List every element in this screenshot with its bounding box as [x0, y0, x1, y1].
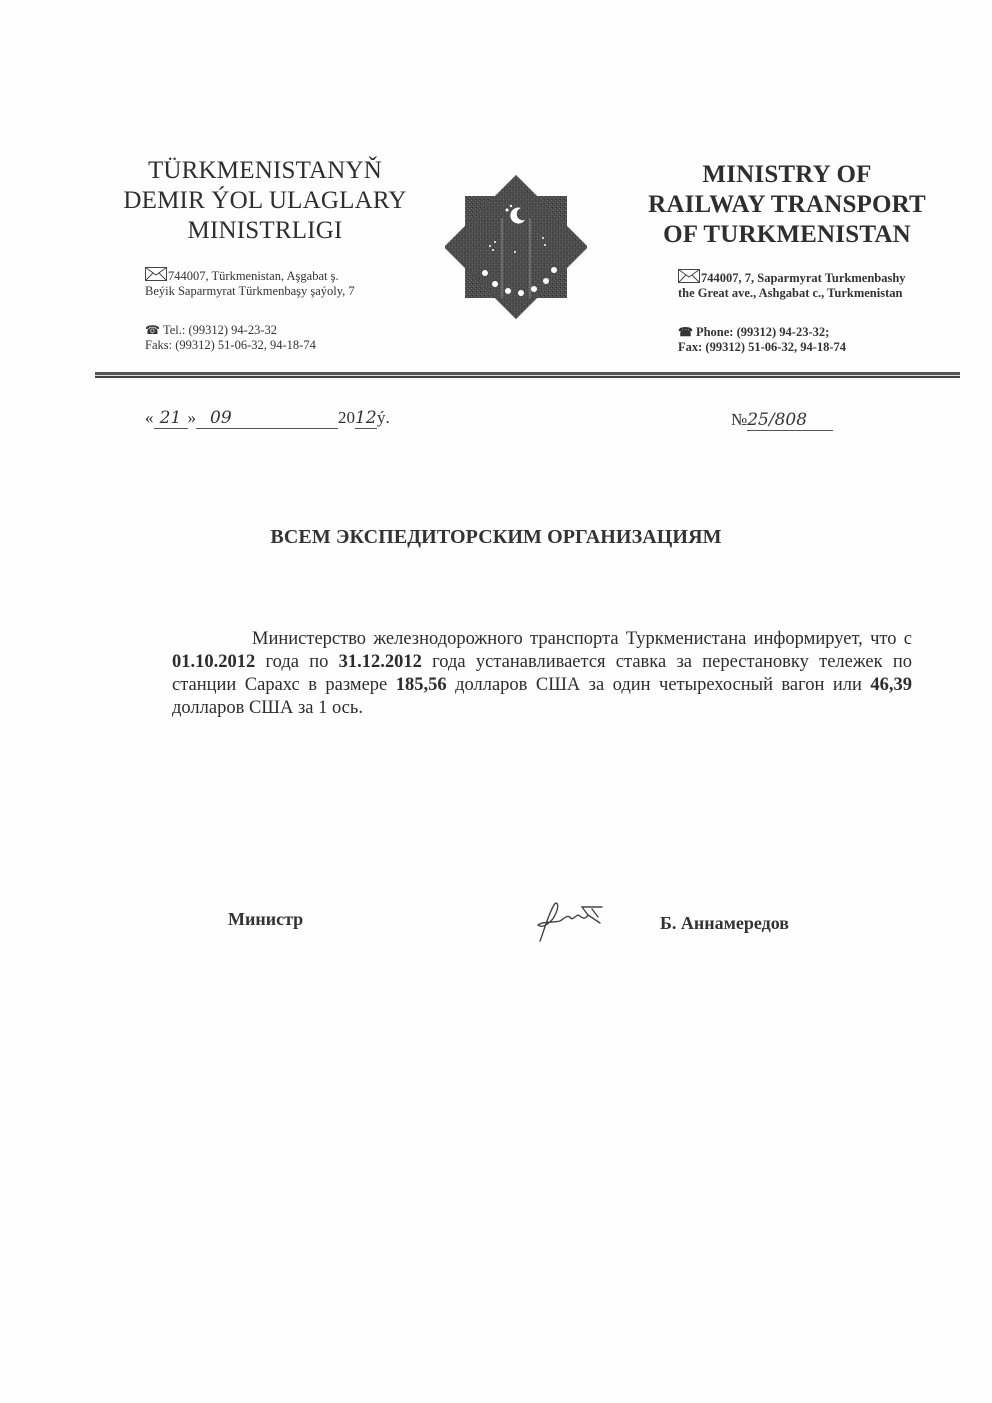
signatory-name: Б. Аннамередов — [660, 913, 789, 934]
rate-per-wagon: 185,56 — [396, 675, 447, 695]
date-to: 31.12.2012 — [339, 652, 422, 672]
letterhead-divider — [95, 372, 960, 380]
envelope-icon — [145, 267, 167, 281]
handwritten-signature-icon — [530, 895, 610, 945]
tel-text: Tel.: (99312) 94-23-32 — [163, 323, 277, 337]
body-paragraph: Министерство железнодорожного транспорта… — [172, 628, 912, 720]
document-date: «21»092012ý. — [145, 408, 390, 429]
document-heading: ВСЕМ ЭКСПЕДИТОРСКИМ ОРГАНИЗАЦИЯМ — [0, 526, 992, 549]
letterhead-left-address: 744007, Türkmenistan, Aşgabat ş. Beýik S… — [145, 267, 435, 299]
phone-icon: ☎ — [678, 325, 693, 340]
rate-per-axle: 46,39 — [870, 675, 912, 695]
letterhead-left-contacts: ☎Tel.: (99312) 94-23-32 Faks: (99312) 51… — [145, 323, 435, 353]
document-number: №25/808 — [731, 410, 833, 431]
date-year-prefix: 20 — [338, 408, 355, 427]
letterhead-left-title: TÜRKMENISTANYŇ DEMIR ÝOL ULAGLARY MINIST… — [110, 156, 420, 246]
title-line: TÜRKMENISTANYŇ — [110, 156, 420, 186]
date-open-quote: « — [145, 408, 154, 427]
fax-text: Fax: (99312) 51-06-32, 94-18-74 — [678, 340, 968, 355]
number-prefix: № — [731, 410, 747, 429]
letterhead-right-contacts: ☎Phone: (99312) 94-23-32; Fax: (99312) 5… — [678, 325, 968, 355]
body-text: Министерство железнодорожного транспорта… — [252, 629, 912, 649]
phone-icon: ☎ — [145, 323, 160, 338]
date-close-quote: » — [188, 408, 197, 427]
body-text: года по — [255, 652, 338, 672]
title-line: MINISTRLIGI — [110, 216, 420, 246]
address-line: Beýik Saparmyrat Türkmenbaşy şaýoly, 7 — [145, 284, 435, 299]
title-line: DEMIR ÝOL ULAGLARY — [110, 186, 420, 216]
title-line: OF TURKMENISTAN — [632, 220, 942, 250]
title-line: RAILWAY TRANSPORT — [632, 190, 942, 220]
letterhead-right-address: 744007, 7, Saparmyrat Turkmenbashy the G… — [678, 269, 968, 301]
tel-text: Phone: (99312) 94-23-32; — [696, 325, 829, 339]
title-line: MINISTRY OF — [632, 160, 942, 190]
document-body: Министерство железнодорожного транспорта… — [172, 628, 912, 720]
address-line: 744007, Türkmenistan, Aşgabat ş. — [168, 269, 339, 283]
date-from: 01.10.2012 — [172, 652, 255, 672]
date-year-suffix: 12 — [355, 408, 377, 429]
body-text: долларов США за один четырехосный вагон … — [447, 675, 871, 695]
letterhead-right-title: MINISTRY OF RAILWAY TRANSPORT OF TURKMEN… — [632, 160, 942, 250]
number-value: 25/808 — [747, 410, 833, 431]
date-day: 21 — [154, 408, 188, 429]
date-month: 09 — [196, 408, 338, 429]
address-line: the Great ave., Ashgabat c., Turkmenista… — [678, 286, 968, 301]
envelope-icon — [678, 269, 700, 283]
fax-text: Faks: (99312) 51-06-32, 94-18-74 — [145, 338, 435, 353]
date-suffix: ý. — [377, 408, 390, 427]
signatory-title: Министр — [228, 909, 303, 930]
body-text: долларов США за 1 ось. — [172, 698, 363, 718]
address-line: 744007, 7, Saparmyrat Turkmenbashy — [701, 271, 906, 285]
eight-pointed-star-emblem-icon — [445, 170, 587, 322]
